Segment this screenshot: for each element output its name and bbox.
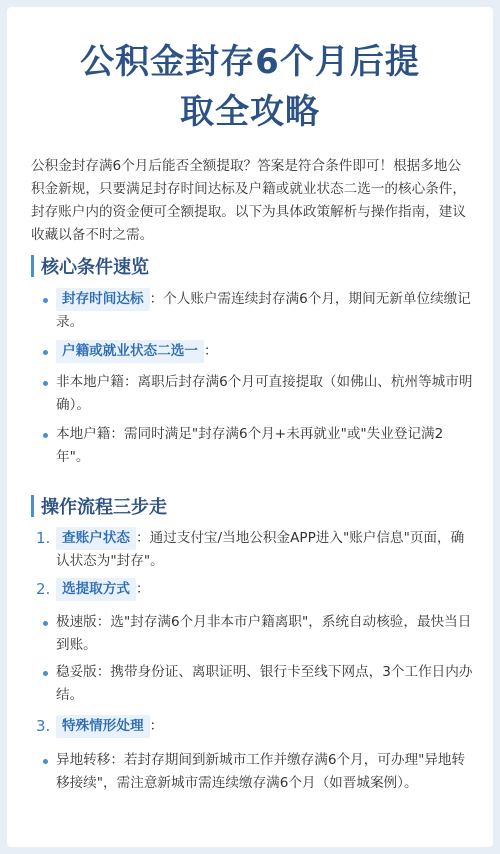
- bullet-dot-icon: [43, 350, 48, 355]
- section-header-core-conditions: 核心条件速览: [31, 253, 149, 279]
- bullet-dot-icon: [43, 381, 48, 386]
- item-text: 稳妥版：携带身份证、离职证明、银行卡至线下网点，3个工作日内办结。: [56, 661, 475, 707]
- section-header-process: 操作流程三步走: [31, 493, 167, 519]
- list-item: 异地转移：若封存期间到新城市工作并缴存满6个月，可办理"异地转移接续"，需注意新…: [31, 749, 475, 795]
- page-title: 公积金封存6个月后提 取全攻略: [7, 37, 493, 137]
- bullet-dot-icon: [43, 433, 48, 438]
- item-text: 本地户籍：需同时满足"封存满6个月+未再就业"或"失业登记满2年"。: [56, 423, 475, 469]
- item-text: 极速版：选"封存满6个月非本市户籍离职"，系统自动核验，最快当日到账。: [56, 611, 475, 657]
- item-text: 异地转移：若封存期间到新城市工作并缴存满6个月，可办理"异地转移接续"，需注意新…: [56, 749, 475, 795]
- list-item: 户籍或就业状态二选一：: [31, 340, 475, 363]
- step-item: 3. 特殊情形处理：: [31, 715, 475, 738]
- list-item: 封存时间达标：个人账户需连续封存满6个月，期间无新单位续缴记录。: [31, 288, 475, 334]
- highlight-label: 特殊情形处理: [56, 715, 150, 738]
- bullet-dot-icon: [43, 671, 48, 676]
- bullet-dot-icon: [43, 759, 48, 764]
- highlight-label: 户籍或就业状态二选一: [56, 340, 204, 363]
- section-accent-bar: [31, 255, 34, 277]
- bullet-dot-icon: [43, 298, 48, 303]
- article-card: 公积金封存6个月后提 取全攻略 公积金封存满6个月后能否全额提取？答案是符合条件…: [7, 7, 493, 847]
- list-item: 稳妥版：携带身份证、离职证明、银行卡至线下网点，3个工作日内办结。: [31, 661, 475, 707]
- highlight-label: 选提取方式: [56, 578, 136, 601]
- intro-paragraph: 公积金封存满6个月后能否全额提取？答案是符合条件即可！根据多地公积金新规，只要满…: [31, 155, 471, 247]
- highlight-label: 封存时间达标: [56, 288, 150, 311]
- list-item: 极速版：选"封存满6个月非本市户籍离职"，系统自动核验，最快当日到账。: [31, 611, 475, 657]
- step-item: 2. 选提取方式：: [31, 578, 475, 601]
- section-title: 核心条件速览: [41, 253, 149, 279]
- title-line-1: 公积金封存6个月后提: [7, 37, 493, 87]
- section-title: 操作流程三步走: [41, 493, 167, 519]
- list-item: 非本地户籍：离职后封存满6个月可直接提取（如佛山、杭州等城市明确）。: [31, 371, 475, 417]
- highlight-label: 查账户状态: [56, 527, 136, 550]
- step-number: 2.: [36, 578, 50, 601]
- item-text: 非本地户籍：离职后封存满6个月可直接提取（如佛山、杭州等城市明确）。: [56, 371, 475, 417]
- section-accent-bar: [31, 495, 34, 517]
- step-number: 3.: [36, 715, 50, 738]
- step-number: 1.: [36, 527, 50, 550]
- title-line-2: 取全攻略: [7, 87, 493, 137]
- step-item: 1. 查账户状态：通过支付宝/当地公积金APP进入"账户信息"页面，确认状态为"…: [31, 527, 475, 573]
- bullet-dot-icon: [43, 621, 48, 626]
- list-item: 本地户籍：需同时满足"封存满6个月+未再就业"或"失业登记满2年"。: [31, 423, 475, 469]
